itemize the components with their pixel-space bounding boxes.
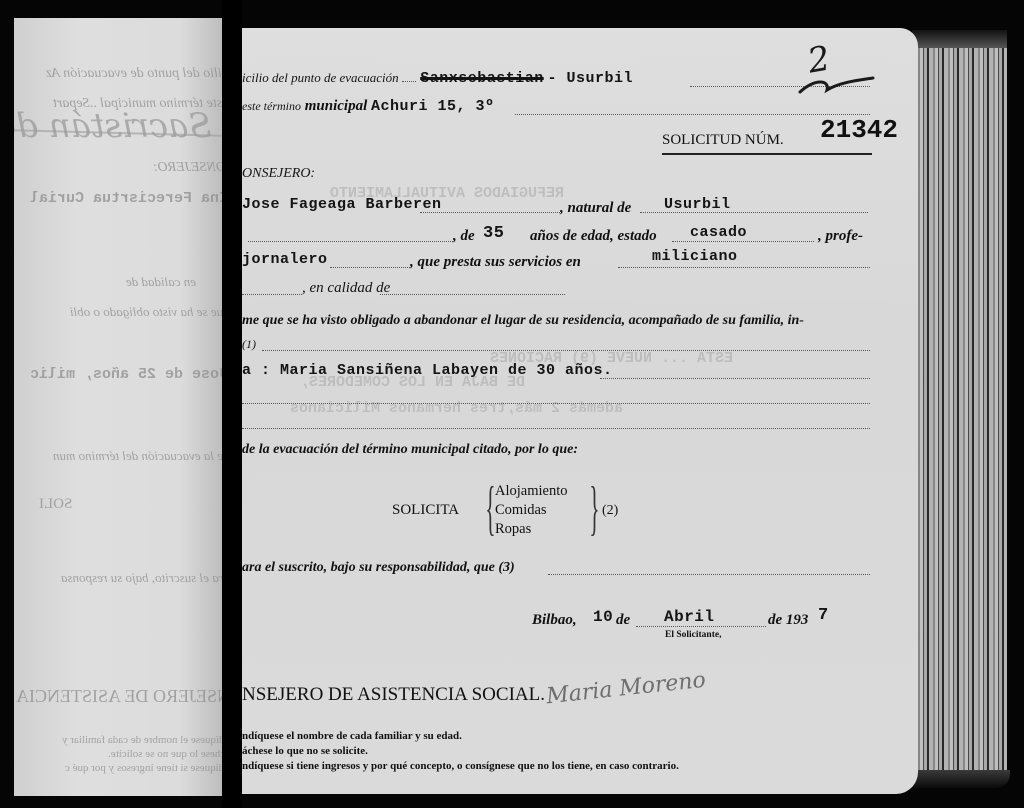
solicitud-underline xyxy=(662,153,872,155)
left-ghost-line: ara el suscrito, bajo su responsa xyxy=(61,570,222,586)
municipal-term-row: este término municipal Achuri 15, 3º xyxy=(242,98,495,115)
services-value[interactable]: miliciano xyxy=(652,248,738,265)
book-gutter xyxy=(222,0,242,808)
declaration-text: me que se ha visto obligado a abandonar … xyxy=(242,313,804,329)
consejero-footer: NSEJERO DE ASISTENCIA SOCIAL. xyxy=(242,684,545,706)
left-ghost-line: ndíquese si tiene ingresos y por qué c xyxy=(65,762,222,774)
municipal-term-label-a: este término xyxy=(242,99,301,113)
solicitud-number: 21342 xyxy=(820,115,898,145)
solicitud-number-label: SOLICITUD NÚM. xyxy=(662,132,784,149)
date-year-prefix: de 193 xyxy=(768,612,808,629)
age-suffix: años de edad, estado xyxy=(530,228,657,245)
age-label: , de xyxy=(453,228,475,245)
civil-status-value[interactable]: casado xyxy=(690,224,747,241)
natural-value[interactable]: Usurbil xyxy=(664,196,731,213)
solicitante-label: El Solicitante, xyxy=(665,630,721,640)
left-brace: { xyxy=(485,478,495,538)
date-month[interactable]: Abril xyxy=(664,608,715,626)
handwritten-flourish xyxy=(795,70,875,100)
declaration-2-text: ara el suscrito, bajo su responsabilidad… xyxy=(242,560,515,576)
solicita-options: Alojamiento Comidas Ropas xyxy=(495,482,568,539)
left-ghost-line: ONSEJERO: xyxy=(153,160,222,176)
left-ghost-line: icilio del punto de evacuación Az xyxy=(46,66,222,82)
left-ghost-line: áchese lo que no se solicite. xyxy=(108,748,222,760)
footnote-3: ndíquese si tiene ingresos y por qué con… xyxy=(242,760,679,772)
evacuation-point-value[interactable]: - Usurbil xyxy=(547,70,633,87)
evacuation-point-row: icilio del punto de evacuación Sanxsebas… xyxy=(242,70,633,87)
left-ghost-line: de la evacuación del término mun xyxy=(53,448,222,464)
date-day[interactable]: 10 xyxy=(593,608,613,626)
page-stack-top xyxy=(912,30,1007,48)
evacuation-point-label: icilio del punto de evacuación xyxy=(242,70,399,85)
option-ropas[interactable]: Ropas xyxy=(495,520,568,539)
profession-value[interactable]: jornalero xyxy=(242,251,328,268)
right-brace: } xyxy=(589,478,599,538)
consejero-label: ONSEJERO: xyxy=(242,166,315,182)
solicita-label: SOLICITA xyxy=(392,502,459,519)
footnote-marker-1: (1) xyxy=(242,337,256,352)
date-year-digit[interactable]: 7 xyxy=(818,606,829,625)
family-members-value[interactable]: a : Maria Sansiñena Labayen de 30 años. xyxy=(242,362,613,379)
name-row: Jose Fageaga Barberen xyxy=(242,196,442,213)
date-de-1: de xyxy=(616,612,630,629)
capacity-label: , en calidad de xyxy=(302,280,390,297)
applicant-name[interactable]: Jose Fageaga Barberen xyxy=(242,196,442,213)
municipal-term-value[interactable]: Achuri 15, 3º xyxy=(371,98,495,115)
municipal-term-label-b: municipal xyxy=(305,98,368,114)
left-ghost-line: Ina Ferecisrtua Curial xyxy=(30,190,222,207)
left-ghost-line: SOLI xyxy=(39,496,72,513)
footnote-1: ndíquese el nombre de cada familiar y su… xyxy=(242,730,462,742)
option-comidas[interactable]: Comidas xyxy=(495,501,568,520)
evacuation-point-struck: Sanxsebastian xyxy=(420,70,544,87)
left-ghost-line: NSEJERO DE ASISTENCIA xyxy=(16,686,222,707)
evacuation-text: de la evacuación del término municipal c… xyxy=(242,442,578,458)
footnote-marker-2: (2) xyxy=(602,503,618,519)
profession-label: , profe- xyxy=(818,228,863,245)
option-alojamiento[interactable]: Alojamiento xyxy=(495,482,568,501)
left-ghost-handwriting: Sacristán de xyxy=(14,106,212,146)
left-ghost-line: ndíquese el nombre de cada familiar y xyxy=(62,734,222,746)
left-ghost-line: Jose de 25 años, milic xyxy=(30,366,222,383)
age-value[interactable]: 35 xyxy=(483,224,504,243)
left-ghost-line: que se ha visto obligado o obli xyxy=(70,304,222,320)
footnote-2: áchese lo que no se solicite. xyxy=(242,745,368,757)
services-label: , que presta sus servicios en xyxy=(410,254,581,271)
page-stack-edge xyxy=(912,34,1007,779)
natural-label: , natural de xyxy=(560,200,631,217)
left-ghost-line: en calidad de xyxy=(126,274,196,290)
place-label: Bilbao, xyxy=(532,612,577,629)
